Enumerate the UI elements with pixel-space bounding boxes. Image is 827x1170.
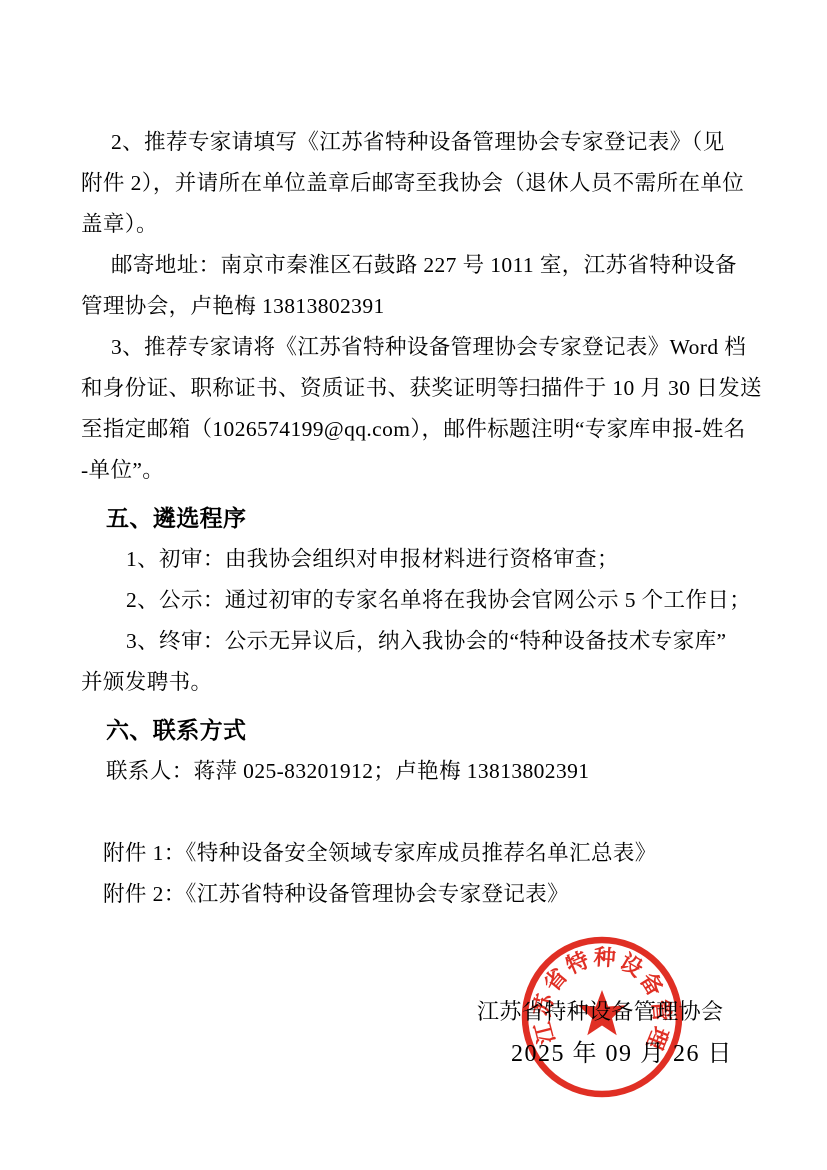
section-heading: 五、遴选程序 (81, 498, 749, 539)
attachment-line: 附件 2：《江苏省特种设备管理协会专家登记表》 (81, 874, 749, 915)
text-line: 盖章）。 (81, 204, 749, 245)
text-line: 2、推荐专家请填写《江苏省特种设备管理协会专家登记表》（见 (81, 122, 749, 163)
text-line: 管理协会，卢艳梅 13813802391 (81, 286, 749, 327)
text-line: -单位”。 (81, 450, 749, 491)
text-line: 3、终审：公示无异议后，纳入我协会的“特种设备技术专家库” (81, 621, 749, 662)
document-lines: 2、推荐专家请填写《江苏省特种设备管理协会专家登记表》（见附件 2），并请所在单… (81, 122, 749, 915)
text-line: 附件 2），并请所在单位盖章后邮寄至我协会（退休人员不需所在单位 (81, 163, 749, 204)
document-page: 2、推荐专家请填写《江苏省特种设备管理协会专家登记表》（见附件 2），并请所在单… (0, 0, 827, 1170)
text-line: 3、推荐专家请将《江苏省特种设备管理协会专家登记表》Word 档 (81, 327, 749, 368)
seal-star-icon (578, 990, 626, 1035)
section-heading: 六、联系方式 (81, 710, 749, 751)
text-line: 联系人：蒋萍 025-83201912；卢艳梅 13813802391 (81, 751, 749, 792)
text-line: 邮寄地址：南京市秦淮区石鼓路 227 号 1011 室，江苏省特种设备 (81, 245, 749, 286)
text-line: 并颁发聘书。 (81, 662, 749, 703)
text-line: 和身份证、职称证书、资质证书、获奖证明等扫描件于 10 月 30 日发送 (81, 368, 749, 409)
text-line: 2、公示：通过初审的专家名单将在我协会官网公示 5 个工作日； (81, 580, 749, 621)
attachment-line: 附件 1：《特种设备安全领域专家库成员推荐名单汇总表》 (81, 833, 749, 874)
official-seal-icon: 江苏省特种设备管理协会 (517, 932, 687, 1102)
text-line: 至指定邮箱（1026574199@qq.com），邮件标题注明“专家库申报-姓名 (81, 409, 749, 450)
blank-line (81, 792, 749, 833)
text-line: 1、初审：由我协会组织对申报材料进行资格审查； (81, 539, 749, 580)
